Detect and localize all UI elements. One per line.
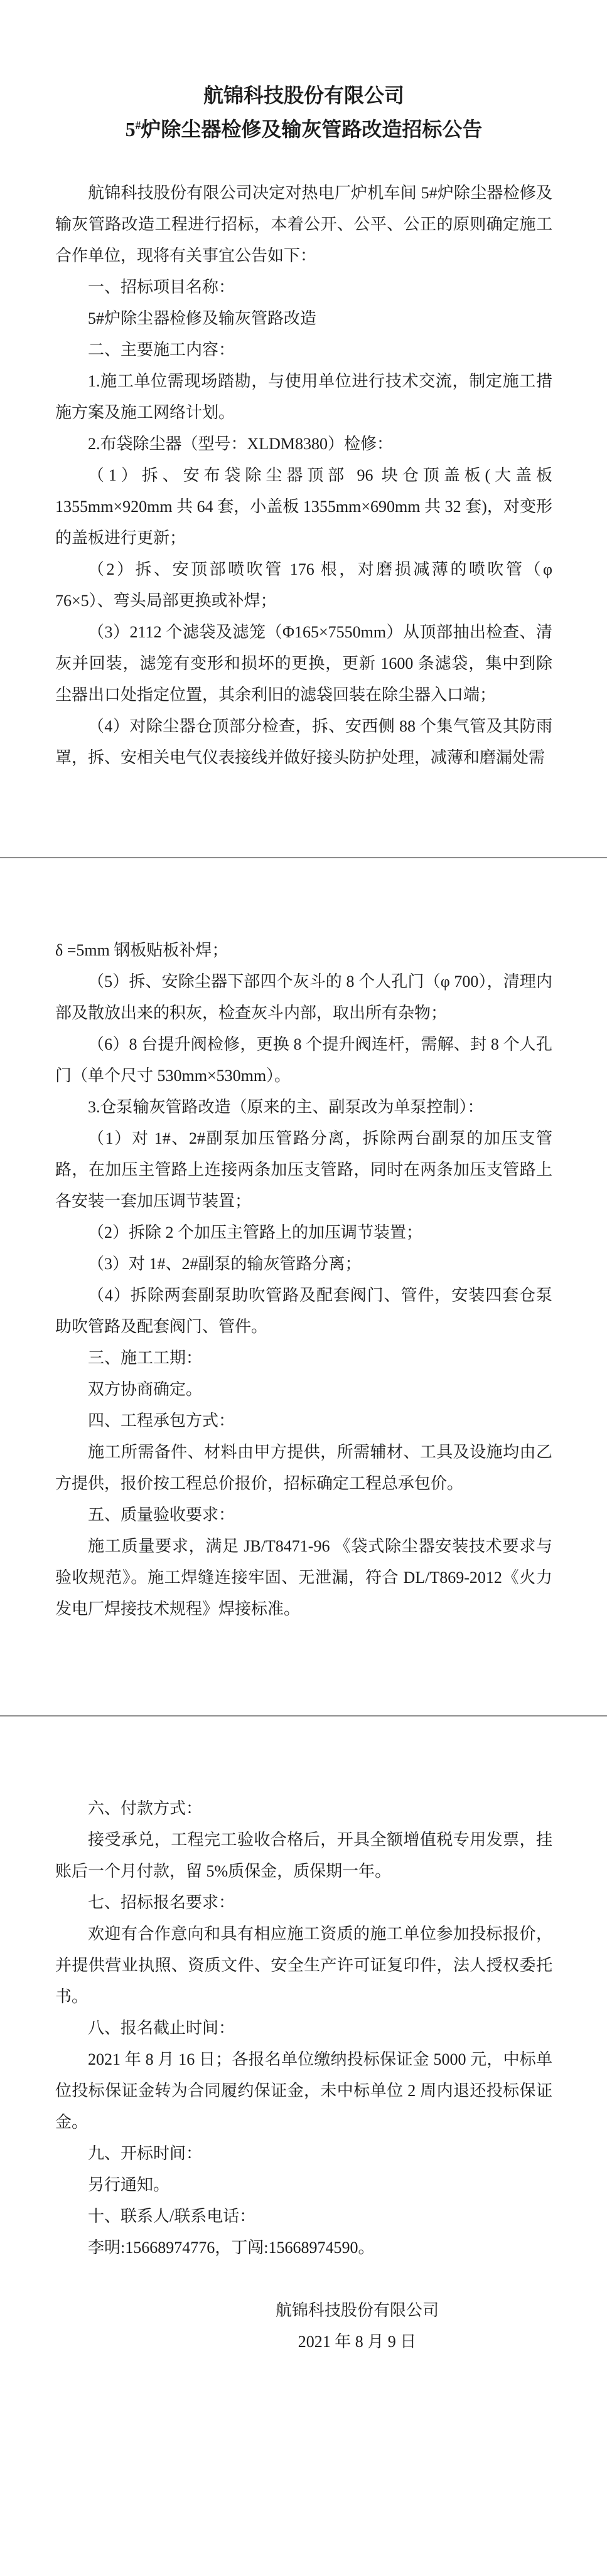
- paragraph: 七、招标报名要求：: [55, 1887, 552, 1919]
- paragraph: 5#炉除尘器检修及输灰管路改造: [55, 303, 552, 334]
- paragraph: 2021 年 8 月 16 日；各报名单位缴纳投标保证金 5000 元，中标单位…: [55, 2044, 552, 2138]
- paragraph: δ =5mm 钢板贴板补焊；: [55, 935, 552, 966]
- page-1-body: 航锦科技股份有限公司决定对热电厂炉机车间 5#炉除尘器检修及输灰管路改造工程进行…: [55, 178, 552, 774]
- page-2-body: δ =5mm 钢板贴板补焊；（5）拆、安除尘器下部四个灰斗的 8 个人孔门（φ …: [55, 935, 552, 1625]
- signature-company: 航锦科技股份有限公司: [55, 2295, 552, 2326]
- page-2: δ =5mm 钢板贴板补焊；（5）拆、安除尘器下部四个灰斗的 8 个人孔门（φ …: [0, 858, 607, 1716]
- signature-date: 2021 年 8 月 9 日: [55, 2326, 552, 2358]
- paragraph: 六、付款方式：: [55, 1793, 552, 1824]
- page-3: 六、付款方式：接受承兑，工程完工验收合格后，开具全额增值税专用发票，挂账后一个月…: [0, 1716, 607, 2575]
- paragraph: （4）对除尘器仓顶部分检查，拆、安西侧 88 个集气管及其防雨罩，拆、安相关电气…: [55, 711, 552, 774]
- title-subject-text: 炉除尘器检修及输灰管路改造招标公告: [141, 118, 482, 141]
- paragraph: 接受承兑，工程完工验收合格后，开具全额增值税专用发票，挂账后一个月付款，留 5%…: [55, 1824, 552, 1887]
- paragraph: 另行通知。: [55, 2169, 552, 2201]
- page-1: 航锦科技股份有限公司 5#炉除尘器检修及输灰管路改造招标公告 航锦科技股份有限公…: [0, 0, 607, 858]
- paragraph: （5）拆、安除尘器下部四个灰斗的 8 个人孔门（φ 700），清理内部及散放出来…: [55, 966, 552, 1029]
- paragraph: （4）拆除两套副泵助吹管路及配套阀门、管件，安装四套仓泵助吹管路及配套阀门、管件…: [55, 1280, 552, 1343]
- paragraph: 四、工程承包方式：: [55, 1405, 552, 1437]
- paragraph: 航锦科技股份有限公司决定对热电厂炉机车间 5#炉除尘器检修及输灰管路改造工程进行…: [55, 178, 552, 272]
- paragraph: 二、主要施工内容：: [55, 334, 552, 366]
- paragraph: 欢迎有合作意向和具有相应施工资质的施工单位参加投标报价，并提供营业执照、资质文件…: [55, 1919, 552, 2013]
- paragraph: 八、报名截止时间：: [55, 2013, 552, 2044]
- paragraph: 一、招标项目名称：: [55, 272, 552, 303]
- paragraph: （1）拆、安布袋除尘器顶部 96 块仓顶盖板(大盖板 1355mm×920mm …: [55, 460, 552, 554]
- title-subject-number: 5: [126, 118, 136, 141]
- paragraph: 2.布袋除尘器（型号：XLDM8380）检修：: [55, 428, 552, 460]
- signature-block: 航锦科技股份有限公司 2021 年 8 月 9 日: [55, 2295, 552, 2358]
- document-title-subject: 5#炉除尘器检修及输灰管路改造招标公告: [55, 112, 552, 146]
- document-title: 航锦科技股份有限公司 5#炉除尘器检修及输灰管路改造招标公告: [55, 78, 552, 146]
- paragraph: （1）对 1#、2#副泵加压管路分离，拆除两台副泵的加压支管路，在加压主管路上连…: [55, 1123, 552, 1217]
- paragraph: 五、质量验收要求：: [55, 1499, 552, 1531]
- paragraph: 施工质量要求，满足 JB/T8471-96 《袋式除尘器安装技术要求与验收规范》…: [55, 1531, 552, 1625]
- paragraph: 双方协商确定。: [55, 1374, 552, 1405]
- paragraph: （3）2112 个滤袋及滤笼（Φ165×7550mm）从顶部抽出检查、清灰并回装…: [55, 617, 552, 711]
- title-company-text: 航锦科技股份有限公司: [203, 84, 404, 107]
- paragraph: 3.仓泵输灰管路改造（原来的主、副泵改为单泵控制）：: [55, 1092, 552, 1123]
- document-title-company: 航锦科技股份有限公司: [55, 78, 552, 112]
- paragraph: 三、施工工期：: [55, 1343, 552, 1374]
- paragraph: 十、联系人/联系电话：: [55, 2201, 552, 2232]
- paragraph: 九、开标时间：: [55, 2138, 552, 2169]
- paragraph: （3）对 1#、2#副泵的输灰管路分离；: [55, 1248, 552, 1280]
- paragraph: （6）8 台提升阀检修，更换 8 个提升阀连杆，需解、封 8 个人孔门（单个尺寸…: [55, 1029, 552, 1092]
- paragraph: 施工所需备件、材料由甲方提供，所需辅材、工具及设施均由乙方提供，报价按工程总价报…: [55, 1437, 552, 1499]
- paragraph: 1.施工单位需现场踏勘，与使用单位进行技术交流，制定施工措施方案及施工网络计划。: [55, 366, 552, 428]
- paragraph: 李明:15668974776，丁闯:15668974590。: [55, 2232, 552, 2264]
- paragraph: （2）拆除 2 个加压主管路上的加压调节装置；: [55, 1217, 552, 1248]
- page-3-body: 六、付款方式：接受承兑，工程完工验收合格后，开具全额增值税专用发票，挂账后一个月…: [55, 1793, 552, 2264]
- paragraph: （2）拆、安顶部喷吹管 176 根，对磨损减薄的喷吹管（φ 76×5）、弯头局部…: [55, 554, 552, 617]
